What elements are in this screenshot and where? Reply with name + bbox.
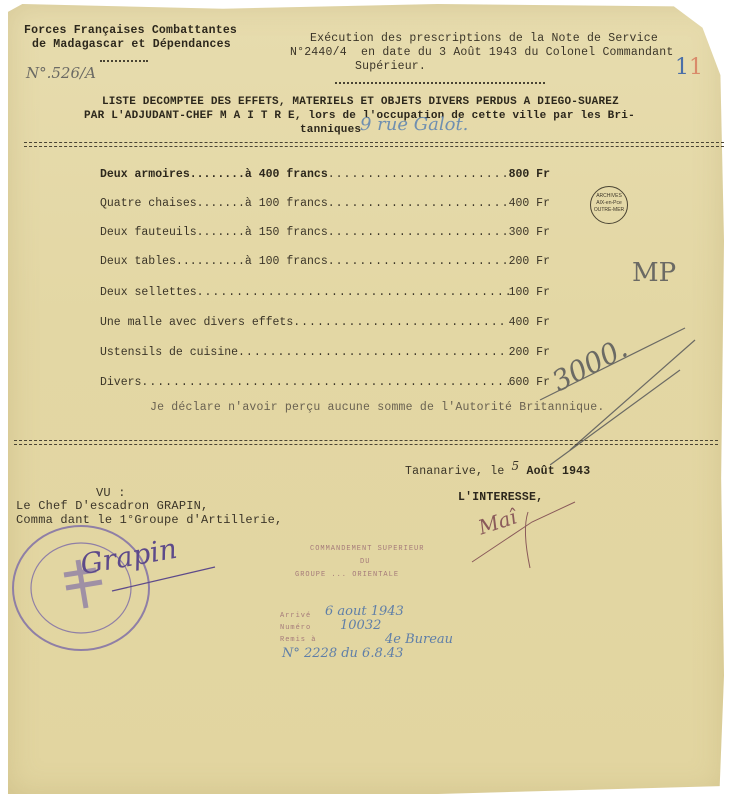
- pencil-initials: MP: [632, 258, 676, 288]
- archive-stamp-line-3: OUTRE-MER: [591, 207, 627, 214]
- execution-underline: [335, 82, 545, 84]
- vu-label: VU :: [96, 486, 126, 500]
- header-underline: [100, 60, 148, 62]
- corner-marks: 11: [675, 55, 703, 80]
- org-line-1: Forces Françaises Combattantes: [24, 24, 237, 37]
- archive-stamp-line-1: ARCHIVES: [591, 193, 627, 200]
- title-line-1: LISTE DECOMPTEE DES EFFETS, MATERIELS ET…: [102, 96, 619, 108]
- item-row: Deux tables..........à 100 francs200 Fr: [100, 255, 550, 268]
- title-line-3: tanniques: [300, 124, 361, 136]
- label-remis: Remis à: [280, 636, 316, 644]
- handwritten-address: 9 rue Galot.: [360, 114, 468, 135]
- reception-stamp-header-3: GROUPE ... ORIENTALE: [295, 571, 399, 579]
- label-arrive: Arrivé: [280, 612, 311, 620]
- archive-stamp: ARCHIVES AIX-en-Pce OUTRE-MER: [590, 186, 628, 224]
- title-divider: [24, 142, 724, 147]
- execution-line-2: N°2440/4 en date du 3 Août 1943 du Colon…: [290, 46, 673, 59]
- label-numero: Numéro: [280, 624, 311, 632]
- item-row: Divers600 Fr: [100, 376, 550, 389]
- item-row: Deux fauteuils.......à 150 francs300 Fr: [100, 226, 550, 239]
- execution-line-1: Exécution des prescriptions de la Note d…: [310, 32, 658, 45]
- item-row: Quatre chaises.......à 100 francs400 Fr: [100, 197, 550, 210]
- items-divider: [14, 440, 718, 445]
- item-row: Ustensils de cuisine200 Fr: [100, 346, 550, 359]
- place-date: Tananarive, le 5 Août 1943: [405, 463, 590, 478]
- item-row: Une malle avec divers effets400 Fr: [100, 316, 550, 329]
- reception-stamp-header-1: COMMANDEMENT SUPERIEUR: [310, 545, 424, 553]
- reception-ref: N° 2228 du 6.8.43: [282, 646, 403, 661]
- remis-value: 4e Bureau: [385, 632, 453, 647]
- org-line-2: de Madagascar et Dépendances: [32, 38, 231, 51]
- approval-line-1: Le Chef D'escadron GRAPIN,: [16, 499, 208, 513]
- signature-underline: [110, 565, 220, 595]
- execution-line-3: Supérieur.: [355, 60, 426, 73]
- numero-value: 10032: [340, 618, 381, 633]
- archive-stamp-line-2: AIX-en-Pce: [591, 200, 627, 207]
- item-row: Deux armoires........à 400 francs800 Fr: [100, 168, 550, 181]
- handwritten-reference: N°.526/A: [26, 64, 96, 82]
- item-row: Deux sellettes100 Fr: [100, 286, 550, 299]
- reception-stamp-header-2: DU: [360, 558, 370, 566]
- arrive-value: 6 aout 1943: [325, 604, 404, 619]
